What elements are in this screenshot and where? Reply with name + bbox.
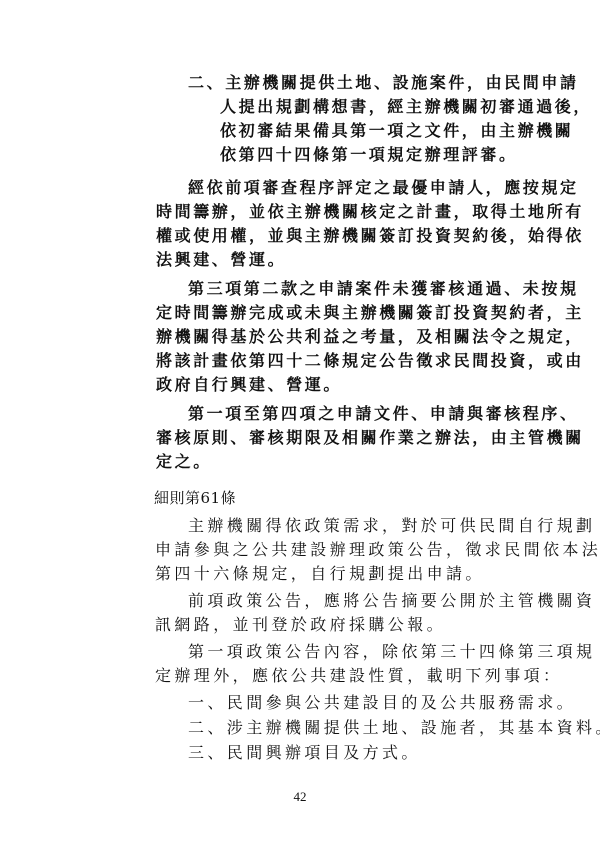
text-line: 辦機關得基於公共利益之考量，及相關法令之規定，	[156, 327, 584, 347]
text-line: 訊網路，並刊登於政府採購公報。	[155, 615, 446, 635]
text-line: 二、主辦機關提供土地、設施案件，由民間申請	[188, 73, 579, 93]
list-item: 一、民間參與公共建設目的及公共服務需求。	[188, 693, 576, 713]
text-line: 定辦理外，應依公共建設性質，載明下列事項：	[155, 666, 562, 686]
text-line: 定之。	[156, 452, 212, 472]
text-line: 主辦機關得依政策需求，對於可供民間自行規劃	[188, 516, 595, 536]
text-line: 審核原則、審核期限及相關作業之辦法，由主管機關	[156, 428, 584, 448]
list-item: 三、民間興辦項目及方式。	[188, 743, 421, 763]
article-heading: 細則第61條	[154, 488, 236, 508]
list-item: 二、涉主辦機關提供土地、設施者，其基本資料。	[188, 718, 600, 738]
text-line: 定時間籌辦完成或未與主辦機關簽訂投資契約者，主	[156, 303, 584, 323]
text-line: 前項政策公告，應將公告摘要公開於主管機關資	[188, 591, 595, 611]
text-line: 經依前項審查程序評定之最優申請人，應按規定	[188, 178, 579, 198]
text-line: 將該計畫依第四十二條規定公告徵求民間投資，或由	[156, 351, 584, 371]
text-line: 時間籌辦，並依主辦機關核定之計畫，取得土地所有	[156, 202, 584, 222]
text-line: 申請參與之公共建設辦理政策公告，徵求民間依本法	[155, 540, 600, 560]
text-line: 人提出規劃構想書，經主辦機關初審通過後，	[220, 97, 592, 117]
text-line: 權或使用權，並與主辦機關簽訂投資契約後，始得依	[156, 226, 584, 246]
text-line: 第四十六條規定，自行規劃提出申請。	[155, 564, 485, 584]
text-line: 第三項第二款之申請案件未獲審核通過、未按規	[188, 279, 579, 299]
text-line: 法興建、營運。	[156, 250, 286, 270]
text-line: 依初審結果備具第一項之文件，由主辦機關	[220, 121, 573, 141]
text-line: 第一項至第四項之申請文件、申請與審核程序、	[188, 404, 579, 424]
text-line: 依第四十四條第一項規定辦理評審。	[220, 145, 518, 165]
document-page: 二、主辦機關提供土地、設施案件，由民間申請 人提出規劃構想書，經主辦機關初審通過…	[0, 0, 600, 848]
page-number: 42	[0, 789, 600, 805]
text-line: 政府自行興建、營運。	[156, 375, 342, 395]
text-line: 第一項政策公告內容，除依第三十四條第三項規	[188, 642, 595, 662]
